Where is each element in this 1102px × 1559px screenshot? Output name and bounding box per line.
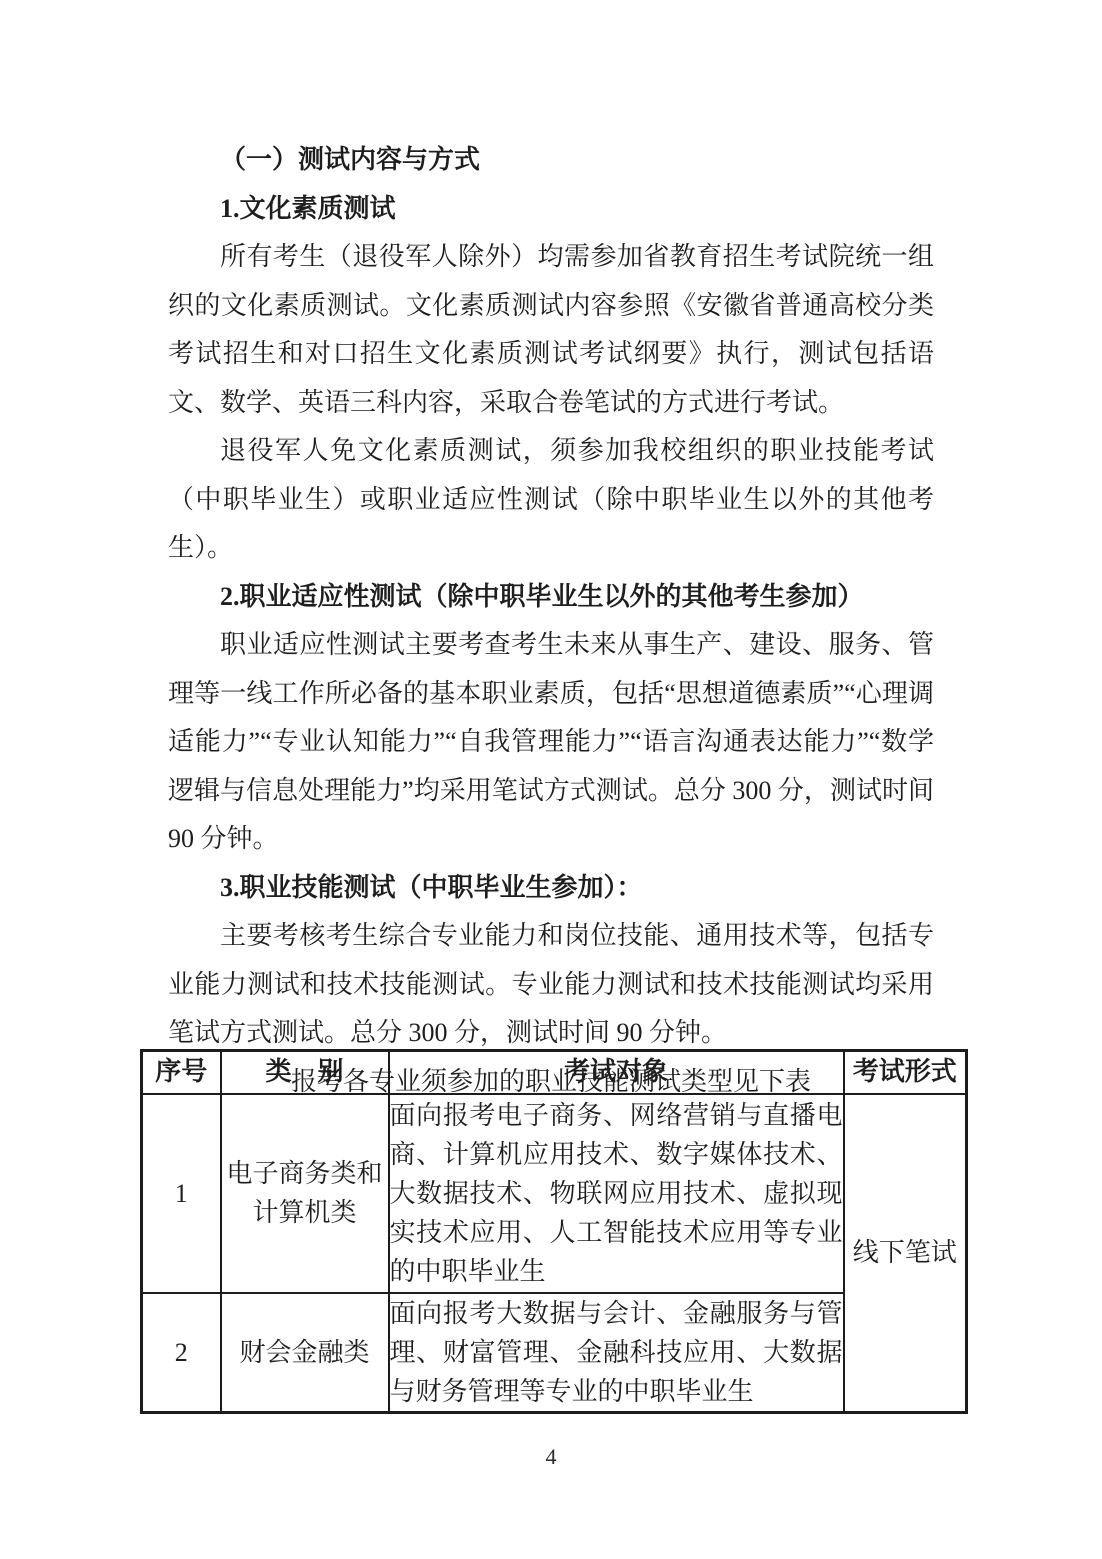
paragraph-culture-quality-test: 所有考生（退役军人除外）均需参加省教育招生考试院统一组织的文化素质测试。文化素质…	[168, 233, 934, 427]
row1-category: 电子商务类和计算机类	[221, 1094, 389, 1293]
paragraph-vocational-aptitude-test: 职业适应性测试主要考查考生未来从事生产、建设、服务、管理等一线工作所必备的基本职…	[168, 621, 934, 864]
document-page: （一）测试内容与方式 1.文化素质测试 所有考生（退役军人除外）均需参加省教育招…	[0, 0, 1102, 1559]
row2-category: 财会金融类	[221, 1293, 389, 1413]
paragraph-veterans-exemption: 退役军人免文化素质测试，须参加我校组织的职业技能考试（中职毕业生）或职业适应性测…	[168, 427, 934, 573]
table-row: 1 电子商务类和计算机类 面向报考电子商务、网络营销与直播电商、计算机应用技术、…	[142, 1094, 967, 1293]
heading-culture-quality-test: 1.文化素质测试	[168, 185, 934, 234]
row1-no: 1	[142, 1094, 221, 1293]
table-header-no: 序号	[142, 1051, 221, 1094]
table-header-target: 考试对象	[389, 1051, 844, 1094]
heading-vocational-skill-test: 3.职业技能测试（中职毕业生参加）：	[168, 864, 934, 913]
page-number: 4	[0, 1444, 1102, 1470]
text-body: （一）测试内容与方式 1.文化素质测试 所有考生（退役军人除外）均需参加省教育招…	[168, 136, 934, 1106]
skill-test-type-table: 序号 类 别 考试对象 考试形式 1 电子商务类和计算机类 面向报考电子商务、网…	[140, 1049, 968, 1414]
exam-format-cell: 线下笔试	[844, 1094, 967, 1413]
table-row: 2 财会金融类 面向报考大数据与会计、金融服务与管理、财富管理、金融科技应用、大…	[142, 1293, 967, 1413]
heading-vocational-aptitude-test: 2.职业适应性测试（除中职毕业生以外的其他考生参加）	[168, 573, 934, 622]
paragraph-vocational-skill-test: 主要考核考生综合专业能力和岗位技能、通用技术等，包括专业能力测试和技术技能测试。…	[168, 912, 934, 1058]
table-header-format: 考试形式	[844, 1051, 967, 1094]
row1-target: 面向报考电子商务、网络营销与直播电商、计算机应用技术、数字媒体技术、大数据技术、…	[389, 1094, 844, 1293]
row2-target: 面向报考大数据与会计、金融服务与管理、财富管理、金融科技应用、大数据与财务管理等…	[389, 1293, 844, 1413]
table-header-category: 类 别	[221, 1051, 389, 1094]
row2-no: 2	[142, 1293, 221, 1413]
section-heading: （一）测试内容与方式	[168, 136, 934, 185]
table-header-row: 序号 类 别 考试对象 考试形式	[142, 1051, 967, 1094]
